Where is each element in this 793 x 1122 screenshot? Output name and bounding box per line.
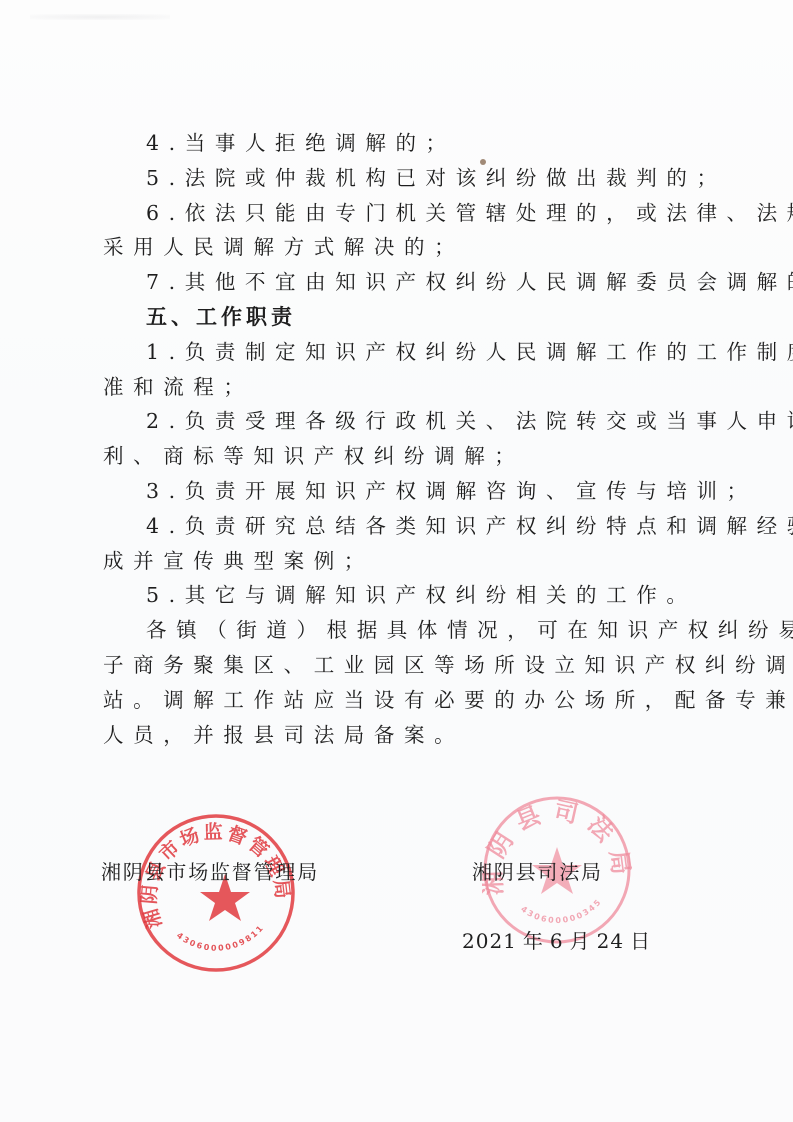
- date-day: 24: [597, 929, 624, 953]
- body-line: 4.负责研究总结各类知识产权纠纷特点和调解经验，形: [103, 509, 703, 544]
- body-line: 采用人民调解方式解决的；: [103, 230, 703, 265]
- scan-edge-artifact: [30, 14, 170, 20]
- date-month-unit: 月: [570, 929, 591, 953]
- body-line: 成并宣传典型案例；: [103, 544, 703, 579]
- official-seal-market-supervision: 湘阴县市场监督管理局 4306000009811: [135, 812, 297, 974]
- body-line: 1.负责制定知识产权纠纷人民调解工作的工作制度、标: [103, 335, 703, 370]
- body-line: 站。调解工作站应当设有必要的办公场所，配备专兼职调解: [103, 683, 703, 718]
- body-line: 准和流程；: [103, 370, 703, 405]
- body-line: 人员，并报县司法局备案。: [103, 718, 703, 753]
- body-line: 3.负责开展知识产权调解咨询、宣传与培训；: [103, 474, 703, 509]
- date-month: 6: [550, 929, 564, 953]
- body-line: 5.其它与调解知识产权纠纷相关的工作。: [103, 578, 703, 613]
- body-line: 7.其他不宜由知识产权纠纷人民调解委员会调解的。: [103, 265, 703, 300]
- body-line: 4.当事人拒绝调解的；: [103, 126, 703, 161]
- document-body: 4.当事人拒绝调解的； 5.法院或仲裁机构已对该纠纷做出裁判的； 6.依法只能由…: [103, 126, 703, 752]
- body-line: 子商务聚集区、工业园区等场所设立知识产权纠纷调解工作: [103, 648, 703, 683]
- signature-justice-bureau: 湘阴县司法局: [472, 860, 603, 884]
- date-year: 2021: [462, 929, 517, 953]
- date-day-unit: 日: [630, 929, 651, 953]
- seal-icon: 湘阴县市场监督管理局 4306000009811: [135, 812, 297, 974]
- body-line: 2.负责受理各级行政机关、法院转交或当事人申请的专: [103, 404, 703, 439]
- issue-date: 2021年6月24日: [462, 929, 657, 953]
- signature-market-supervision: 湘阴县市场监督管理局: [101, 860, 319, 884]
- body-line: 利、商标等知识产权纠纷调解；: [103, 439, 703, 474]
- body-line: 各镇（街道）根据具体情况，可在知识产权纠纷易发电: [103, 613, 703, 648]
- document-page: 4.当事人拒绝调解的； 5.法院或仲裁机构已对该纠纷做出裁判的； 6.依法只能由…: [0, 0, 793, 1122]
- body-line: 5.法院或仲裁机构已对该纠纷做出裁判的；: [103, 161, 703, 196]
- body-line: 6.依法只能由专门机关管辖处理的，或法律、法规禁止: [103, 196, 703, 231]
- section-heading: 五、工作职责: [103, 300, 703, 335]
- svg-text:4306000009811: 4306000009811: [175, 923, 266, 953]
- date-year-unit: 年: [523, 929, 544, 953]
- scan-speck-artifact: [480, 159, 486, 165]
